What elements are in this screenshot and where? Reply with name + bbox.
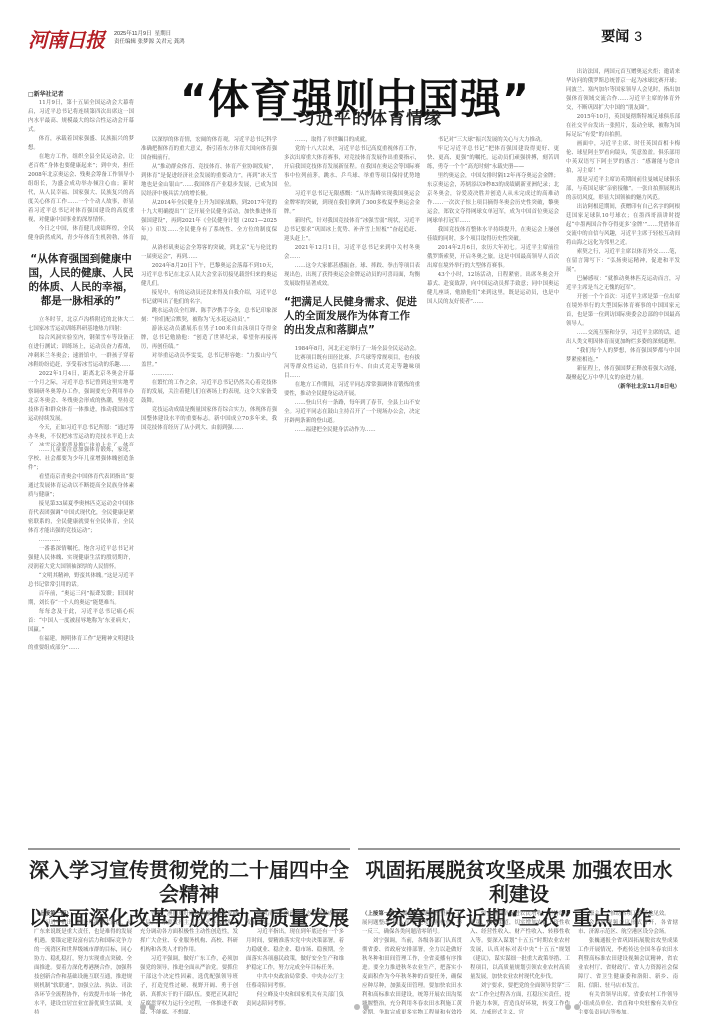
paragraph: 2024年8月20日下午，巴黎奥运会落幕不到10天，习近平总书记在北京人民大会堂… [141, 262, 277, 289]
paragraph: 游泳运动员潘展乐在男子100米自由泳项目夺得金牌，总书记勉励他：“创造了世界纪录… [141, 325, 277, 352]
paragraph: 综合风洞实验室内，钢架雪车等设备正在进行测试；训练场上，运动员奋力蓄战，冲刺米兰… [28, 334, 134, 370]
section-heading-1: “从体育强国到健康中国，人民的健康、人民的体质、人民的幸福，都是一脉相承的” [28, 252, 134, 308]
dot-icon [574, 1004, 580, 1010]
divider-left [28, 848, 350, 850]
bottom-left-column-3: 以风清气正的政治生态引领形成良好发展环境。 习近平指出，现在到年底还有一个多月时… [246, 910, 344, 1014]
paragraph: 香港、澳门更好融入和服务国家发展大局。广东要发挥主力军和火车头作用，充分调动各方… [140, 910, 238, 955]
bottom-left-column-1: （上接第一版） 习近平指出，建设粤港澳大湾区，对广东来说既是重大责任，也是难得的… [34, 910, 132, 1014]
paragraph: ……，取得了举世瞩目的成就。 [284, 136, 420, 145]
paragraph: 体育，承载着国家强盛、民族振兴的梦想。 [28, 135, 134, 153]
paragraph: 今天，正如习近平总书记所愿：“通过筹办冬奥，不仅把冰雪运动的竞技水平追上去了，冰… [28, 424, 134, 446]
article-column-1c: ……儿童要注意加强体育锻炼，家庭、学校、社会都要为少年儿童增强体魄创造条件”； … [28, 446, 134, 836]
dot-icon [140, 1004, 146, 1010]
paragraph: 牢记习近平总书记“把体育强国建设得更好、更快、更高、更强”的嘱托，运动员们顽强拼… [427, 145, 559, 172]
page-number: 3 [634, 28, 642, 44]
article-column-4: 书记对“三大球”振兴发展的关心与大力推动。 牢记习近平总书记“把体育强国建设得更… [427, 136, 559, 836]
paragraph: 从2014年全民健身上升为国家战略，到2017年党的十九大明确提出“广泛开展全民… [141, 199, 277, 244]
paragraph: 看望南京青奥会中国体育代表团指出“要通过发展体育运动以不断提高全民族身体素质与健… [28, 473, 134, 500]
paragraph: ………… [141, 370, 277, 379]
paragraph: ……交流互鉴和分享，习近平主席的话，道出人类文明因体育而更加绚烂多姿的深刻道理。 [566, 329, 680, 347]
issue-date: 2025年11月9日 [114, 31, 152, 37]
paragraph: 出访法国，两国元首互赠奥运火炬；邀请来华访问的俄罗斯总统普京一起为冰球比赛开球；… [566, 68, 680, 113]
headline-line-1: 巩固拓展脱贫攻坚成果 加强农田水利建设 [358, 858, 680, 906]
paragraph: 2015年10月，英国曼彻斯特城足球俱乐部在社交平台发出一张照片，轰动全球，被称… [566, 113, 680, 140]
headline-line-1: 深入学习宣传贯彻党的二十届四中全会精神 [28, 858, 350, 906]
editors-names: 张梦源 关君元 龚鸿 [138, 39, 185, 45]
paragraph: 11月9日，第十五届全国运动会大幕将启，习近平总书记将连续第四次出席这一国内水平… [28, 99, 134, 135]
paragraph: 有关省领导出席。省委农村工作领导小组成员单位、省直和中央驻豫有关单位主要负责同志… [578, 991, 678, 1014]
article-signature: （新华社北京11月8日电） [566, 383, 680, 392]
paragraph: 以风清气正的政治生态引领形成良好发展环境。 [246, 910, 344, 928]
paragraph: 从“推动群众体育、竞技体育、体育产业协调发展”，到体育“是促进经济社会发展的重要… [141, 163, 277, 199]
paragraph: 竞技运动成绩是衡量国家体育综合实力，体现体育强国整体建设水平的重要标志。新中国成… [141, 406, 277, 433]
masthead: 河南日报 2025年11月9日 星期日 责任编辑 张梦源 关君元 龚鸿 [28, 26, 185, 50]
end-marker-dots [140, 1004, 155, 1010]
paragraph: 习近平指出，建设粤港澳大湾区，对广东来说既是重大责任，也是难得的发展机遇。要锚定… [34, 919, 132, 1014]
section-heading-2: “把满足人民健身需求、促进人的全面发展作为体育工作的出发点和落脚点” [284, 295, 420, 337]
paragraph: 新征程上，体育强国梦正释放着强大动能，凝聚起亿万中华儿女的奋进力量。 [566, 365, 680, 383]
paragraph: 一番番深情嘱托，饱含习近平总书记对强健人民体魄、实现健康生活的殷切期许，浸润着大… [28, 545, 134, 572]
continued-label: （上接第一版） [362, 911, 400, 917]
newspaper-logo: 河南日报 [28, 24, 104, 53]
issue-meta: 2025年11月9日 星期日 责任编辑 张梦源 关君元 龚鸿 [114, 30, 185, 46]
end-marker-dots [565, 1004, 580, 1010]
paragraph: 从洛杉矶奥运会全筹客的突破，到北京“无与伦比的一届奥运会”，再到…… [141, 244, 277, 262]
paragraph: 开创一个个首次：习近平主席是第一位出席在境外举行的大型国际体育赛事的中国国家元首… [566, 293, 680, 329]
dot-icon [363, 1004, 369, 1010]
dot-icon [354, 1004, 360, 1010]
article-column-1b: “从体育强国到健康中国，人民的健康、人民的体质、人民的幸福，都是一脉相承的” 立… [28, 246, 134, 446]
issue-weekday: 星期日 [155, 31, 172, 37]
paragraph: 巴赫感叹：“就推动奥林匹克运动而言，习近平主席是当之无愧的冠军”。 [566, 275, 680, 293]
article-column-5: 出访法国，两国元首互赠奥运火炬；邀请来华访问的俄罗斯总统普京一起为冰球比赛开球；… [566, 68, 680, 836]
dot-icon [565, 1004, 571, 1010]
paragraph: “文明其精神，野蛮其体魄。”这是习近平总书记常常引用的话。 [28, 572, 134, 590]
byline: □新华社记者 [28, 90, 134, 99]
paragraph: 每每念及于此，习近平总书记痛心疾首：“中国人一度被屈辱地称为‘东亚病夫’，国赢。… [28, 608, 134, 635]
paragraph: 对举重运动员李雯雯，总书记形容她：“力拔山兮气盖世。” [141, 352, 277, 370]
paragraph: 今日之中国，体育健儿成绩辉煌，全民健身蔚然成风，青少年体育生机勃勃，体育产业快速… [28, 225, 134, 240]
paragraph: 接见第33届夏季奥林匹克运动会中国体育代表团强调“中国式现代化，全民健康是紧密联… [28, 500, 134, 536]
paragraph: 里约奥运会，中国女排时隔12年再夺奥运会金牌；东京奥运会，苏炳添以9秒83的成绩… [427, 172, 559, 226]
paragraph: 那是习近平主席访英期间前往曼城足球俱乐部，与英国足球“亲密接触”。一张自拍照展现… [566, 176, 680, 203]
paragraph: 索契之行，习近平主席以体育外交……笔，在留言簿写下：“弘扬奥运精神，促进和平发展… [566, 248, 680, 275]
paragraph: 要多措并举促进农民增收，坚持综合施策、拓宽渠道，切实增加农民工资性收入、经营性收… [470, 910, 570, 982]
paragraph: 刘宁要求，要把党的全面领导贯穿“三农”工作全过程各方面，扛稳压实责任，提升能力本… [470, 982, 570, 1014]
paragraph: 以深厚的体育情，宏阔的体育观，习近平总书记科学准确把握体育的重大意义，指引着东方… [141, 136, 277, 163]
paragraph: 2014年2月6日，农历大年初七。习近平主席前往俄罗斯索契，开启冬奥之旅。这是中… [427, 244, 559, 271]
paragraph: “我们每个人的梦想，体育强国梦都与中国梦紧密相连。” [566, 347, 680, 365]
end-marker-dots [354, 1004, 369, 1010]
paragraph: 何立峰及中央和国家机关有关部门负责同志陪同考察。 [246, 991, 344, 1009]
bottom-right-column-2: 要多措并举促进农民增收，坚持综合施策、拓宽渠道，切实增加农民工资性收入、经营性收… [470, 910, 570, 1014]
divider-right [358, 848, 680, 850]
paragraph: 接见中，有的运动员还没来得及自我介绍，习近平总书记就叫出了他们的名字。 [141, 289, 277, 307]
continued-label: （上接第一版） [34, 910, 132, 919]
section-name: 要闻 [601, 29, 629, 45]
bottom-right-column-3: 僚主义，推动各项工作落地见效。 会议以视频会议形式召开，各省辖市、济源示范区、航… [578, 910, 678, 1014]
paragraph: 画面中，习近平主席、时任英国首相卡梅伦、球星阿圭罗看向镜头，笑意盈盈。俱乐部用中… [566, 140, 680, 176]
paragraph: 2022年1月4日，距离北京冬奥会开幕一个月之际，习近平总书记曾到这里实地考察调… [28, 370, 134, 424]
paragraph: 中共中央政治局常委、中央办公厅主任蔡奇陪同考察。 [246, 973, 344, 991]
paragraph: 跳水运动员全红婵、陈芋汐携手夺金，总书记印象深刻：“你们配合默契，被称为‘无水花… [141, 307, 277, 325]
paragraph: 党的十八大以来，习近平总书记高度重视体育工作，多次出席重大体育赛事，对竞技体育发… [284, 145, 420, 190]
paragraph: 僚主义，推动各项工作落地见效。 [578, 910, 678, 919]
dot-icon [149, 1004, 155, 1010]
paragraph: 43个小时，12场活动，日程紧密。出席冬奥会开幕式、赴宴致辞，向中国运动员挥手致… [427, 271, 559, 307]
paragraph: 我国竞技体育整体水平持续提升，在奥运会上屡创佳绩的同时，多个项目取得历史性突破。 [427, 226, 559, 244]
paragraph: 在地方工作期间，习近平同志常常强调体育锻炼的重要性，推动全民健身运动开展。 [284, 381, 420, 399]
paragraph: ………… [28, 536, 134, 545]
paragraph: 习近平指出，现在到年底还有一个多月时间，要精准落实党中央决策部署，着力稳就业、稳… [246, 928, 344, 973]
paragraph: 百年前，“奥运三问”振聋发聩；旧国时期，刘长春“一个人的奥运”能楚难当。 [28, 590, 134, 608]
article-column-2: 以深厚的体育情，宏阔的体育观，习近平总书记科学准确把握体育的重大意义，指引着东方… [141, 136, 277, 836]
paragraph: ……福建把全民健身活动作为…… [284, 426, 420, 435]
paragraph: 出访阿根廷期间，获赠印有自己名字的阿根廷国家足球队10号球衣；在墨西哥演讲时提起… [566, 203, 680, 248]
article-column-1: □新华社记者 11月9日，第十五届全国运动会大幕将启，习近平总书记将连续第四次出… [28, 90, 134, 240]
paragraph: 张巍通报全省巩固拓展脱贫攻坚成果工作开展情况，李彪传达全国冬春农田水利暨高标准农… [578, 937, 678, 991]
paragraph: 书记对“三大球”振兴发展的关心与大力推动。 [427, 136, 559, 145]
paragraph: 刘宁强调，当前，各级各部门认真贯彻省委、省政府安排部署，全力以赴做好秋冬种和田间… [362, 937, 462, 1014]
paragraph: 新时代，针对我国竞技体育“冰强雪弱”现状，习近平总书记要求“巩固冰上优势、补齐雪… [284, 217, 420, 244]
bottom-left-column-2: 香港、澳门更好融入和服务国家发展大局。广东要发挥主力军和火车头作用，充分调动各方… [140, 910, 238, 1014]
paragraph: 1984年8月，河北正定举行了一场全县全民运动会。 [284, 345, 420, 354]
main-subheadline: ——习近平的体育情缘 [262, 104, 442, 129]
paragraph: 立冬时节，北京卢沟桥附近的北体大二七国家冰雪运动训练科研基地热力四射： [28, 316, 134, 334]
paragraph: 在地方工作，组织全县全民运动会，让老百姓“身体也要健康起来”；到中央，担任200… [28, 153, 134, 225]
paragraph: 在繁忙的工作之余，习近平总书记仍然关心着竞技体育的发展，关注着健儿们在赛场上的表… [141, 379, 277, 406]
paragraph: 2021年12月1日，习近平总书记来到中关村冬奥会…… [284, 244, 420, 262]
paragraph: ……儿童要注意加强体育锻炼，家庭、学校、社会都要为少年儿童增强体魄创造条件”； [28, 446, 134, 473]
article-column-3: ……，取得了举世瞩目的成就。 党的十八大以来，习近平总书记高度重视体育工作，多次… [284, 136, 420, 836]
page-section-label: 要闻3 [601, 26, 642, 46]
paragraph: 会议以视频会议形式召开，各省辖市、济源示范区、航空港区设分会场。 [578, 919, 678, 937]
paragraph: ……登山只有一条路，每年到了春节，全县上山不安全。习近平同志在鼓山主持召开了一个… [284, 399, 420, 426]
paragraph: 比赛项目既有田径比赛、乒乓球等常规项目，也有拔河等群众性运动，包括自行车、自由式… [284, 354, 420, 381]
bottom-right-column-1: （上接第一版） 要抓好问题整改整治，开展问题整改“回头看”，逐项对照检查，举一反… [362, 910, 462, 1014]
editors-label: 责任编辑 [114, 39, 136, 45]
paragraph: 习近平总书记无限感慨：“从许海峰实现我国奥运会金牌零的突破，到现在我们拿到了30… [284, 190, 420, 217]
paragraph: 在福建，阐明体育工作“是精神文明建设的重要组成部分”…… [28, 635, 134, 653]
paragraph: ……这令大家都甚感振奋。球、摔跤、拳击等项目表现出色，出现了获得奥运会金牌运动员… [284, 262, 420, 289]
